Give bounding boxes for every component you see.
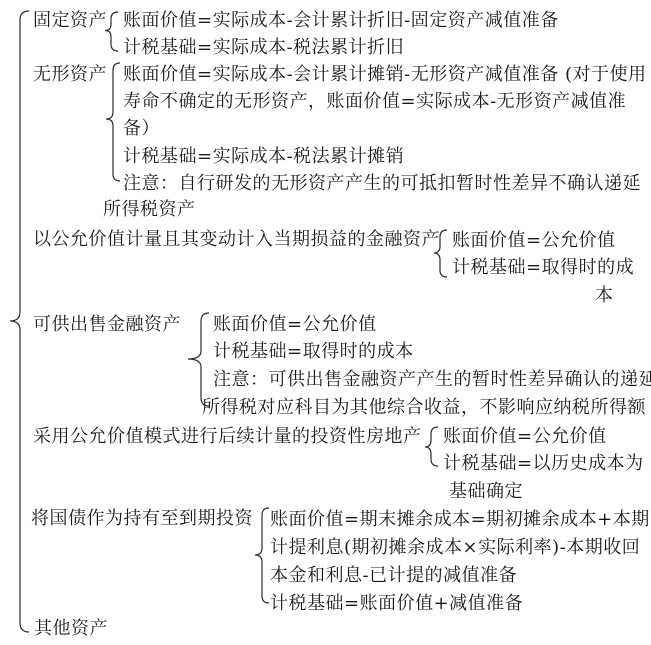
node-label-fvtpl-financial-assets: 以公允价值计量且其变动计入当期损益的金融资产 bbox=[33, 229, 440, 250]
note-line: 所得税资产 bbox=[103, 199, 196, 220]
brace-intangible-assets bbox=[106, 63, 120, 181]
formula-line: 基础确定 bbox=[449, 481, 523, 502]
formula-line: 计税基础=以历史成本为 bbox=[443, 453, 644, 474]
formula-line: 账面价值=公允价值 bbox=[452, 230, 616, 251]
brace-treasury-bond bbox=[255, 508, 269, 603]
asset-tax-basis-diagram: 固定资产 账面价值=实际成本-会计累计折旧-固定资产减值准备 计税基础=实际成本… bbox=[0, 0, 651, 645]
formula-line: 计提利息(期初摊余成本×实际利率)-本期收回 bbox=[270, 537, 640, 558]
formula-line: 计税基础=取得时的成 bbox=[452, 257, 634, 278]
formula-line: 计税基础=账面价值+减值准备 bbox=[270, 593, 523, 614]
note-line: 所得税对应科目为其他综合收益，不影响应纳税所得额 bbox=[202, 397, 646, 418]
node-label-afs-financial-assets: 可供出售金融资产 bbox=[33, 314, 181, 335]
node-label-fixed-assets: 固定资产 bbox=[33, 10, 107, 31]
note-line: 注意：自行研发的无形资产产生的可抵扣暂时性差异不确认递延 bbox=[123, 173, 641, 194]
node-label-treasury-bond: 将国债作为持有至到期投资 bbox=[31, 508, 253, 529]
brace-afs-financial-assets bbox=[188, 313, 209, 406]
formula-line: 账面价值=公允价值 bbox=[213, 314, 377, 335]
formula-line: 计税基础=取得时的成本 bbox=[213, 341, 414, 362]
formula-line: 本 bbox=[595, 285, 614, 306]
formula-line: 账面价值=实际成本-会计累计折旧-固定资产减值准备 bbox=[123, 10, 559, 31]
formula-line: 计税基础=实际成本-税法累计折旧 bbox=[123, 37, 404, 58]
note-line: 注意：可供出售金融资产产生的暂时性差异确认的递延 bbox=[213, 369, 651, 390]
formula-line: 寿命不确定的无形资产，账面价值=实际成本-无形资产减值准 bbox=[123, 91, 626, 112]
formula-line: 账面价值=实际成本-会计累计摊销-无形资产减值准备 (对于使用 bbox=[123, 64, 647, 85]
formula-line: 本金和利息-已计提的减值准备 bbox=[270, 565, 517, 586]
formula-line: 账面价值=期末摊余成本=期初摊余成本+本期 bbox=[270, 509, 650, 530]
node-label-other-assets: 其他资产 bbox=[34, 618, 108, 639]
node-label-intangible-assets: 无形资产 bbox=[33, 64, 107, 85]
formula-line: 计税基础=实际成本-税法累计摊销 bbox=[123, 146, 404, 167]
node-label-investment-property: 采用公允价值模式进行后续计量的投资性房地产 bbox=[33, 426, 422, 447]
formula-line: 备） bbox=[123, 118, 160, 139]
brace-investment-property bbox=[425, 427, 438, 466]
formula-line: 账面价值=公允价值 bbox=[443, 426, 607, 447]
brace-root bbox=[10, 11, 29, 632]
